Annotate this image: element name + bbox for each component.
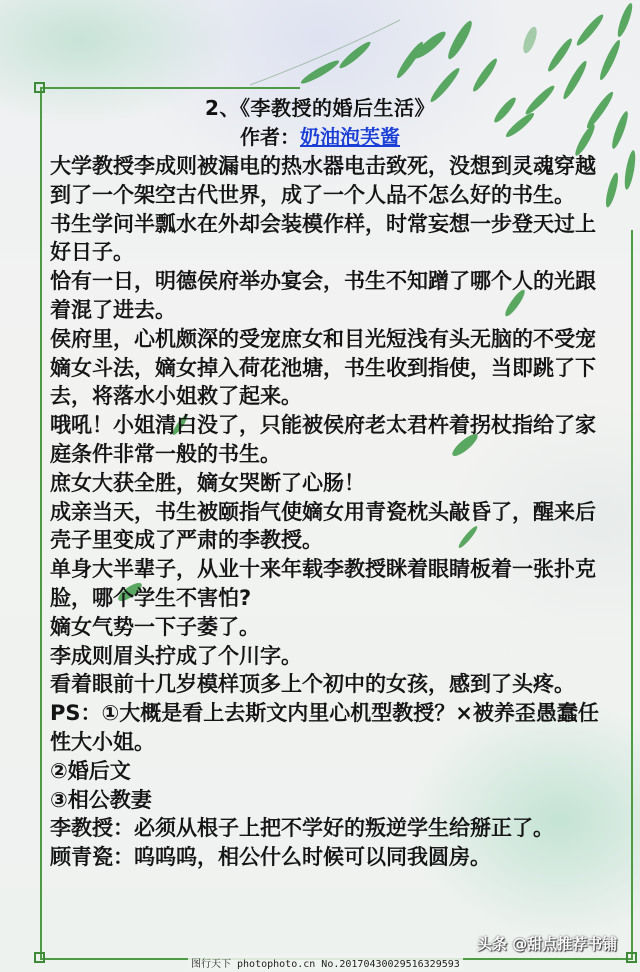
author-label: 作者： [240,125,300,149]
frame-top-border [40,87,300,89]
paragraph: 嫡女气势一下子萎了。 [50,613,605,642]
paragraph: 看着眼前十几岁模样顶多上个初中的女孩，感到了头疼。 [50,670,605,699]
frame-left-border [40,87,42,959]
author-line: 作者：奶油泡芙酱 [0,121,640,150]
paragraph: 大学教授李成则被漏电的热水器电击致死，没想到灵魂穿越到了一个架空古代世界，成了一… [50,152,605,210]
author-link[interactable]: 奶油泡芙酱 [300,125,400,149]
paragraph: 书生学问半瓢水在外却会装模作样，时常妄想一步登天过上好日子。 [50,210,605,268]
paragraph: 李成则眉头拧成了个川字。 [50,642,605,671]
toutiao-watermark: 头条 @甜点推荐书铺 [477,933,617,954]
paragraph: PS：①大概是看上去斯文内里心机型教授？×被养歪愚蠢任性大小姐。 [50,699,605,757]
paragraph: 成亲当天，书生被颐指气使嫡女用青瓷枕头敲昏了，醒来后壳子里变成了严肃的李教授。 [50,498,605,556]
photo-watermark: 图行天下 photophoto.cn No.201704300295163295… [188,955,463,970]
synopsis-body: 大学教授李成则被漏电的热水器电击致死，没想到灵魂穿越到了一个架空古代世界，成了一… [50,152,605,872]
paragraph: 侯府里，心机颇深的受宠庶女和目光短浅有头无脑的不受宠嫡女斗法，嫡女掉入荷花池塘，… [50,325,605,411]
paragraph: ②婚后文 [50,757,605,786]
paragraph: 李教授：必须从根子上把不学好的叛逆学生给掰正了。 [50,814,605,843]
frame-right-border [631,230,633,958]
paragraph: ③相公教妻 [50,786,605,815]
frame-corner-bottom-left-icon [34,952,45,963]
paragraph: 单身大半辈子，从业十来年载李教授眯着眼睛板着一张扑克脸，哪个学生不害怕? [50,555,605,613]
paragraph: 哦吼！小姐清白没了，只能被侯府老太君杵着拐杖指给了家庭条件非常一般的书生。 [50,411,605,469]
paragraph: 庶女大获全胜，嫡女哭断了心肠！ [50,469,605,498]
paragraph: 顾青瓷：呜呜呜，相公什么时候可以同我圆房。 [50,843,605,872]
book-title: 2、《李教授的婚后生活》 [0,92,640,121]
frame-corner-bottom-right-icon [626,952,637,963]
paragraph: 恰有一日，明德侯府举办宴会，书生不知蹭了哪个人的光跟着混了进去。 [50,267,605,325]
